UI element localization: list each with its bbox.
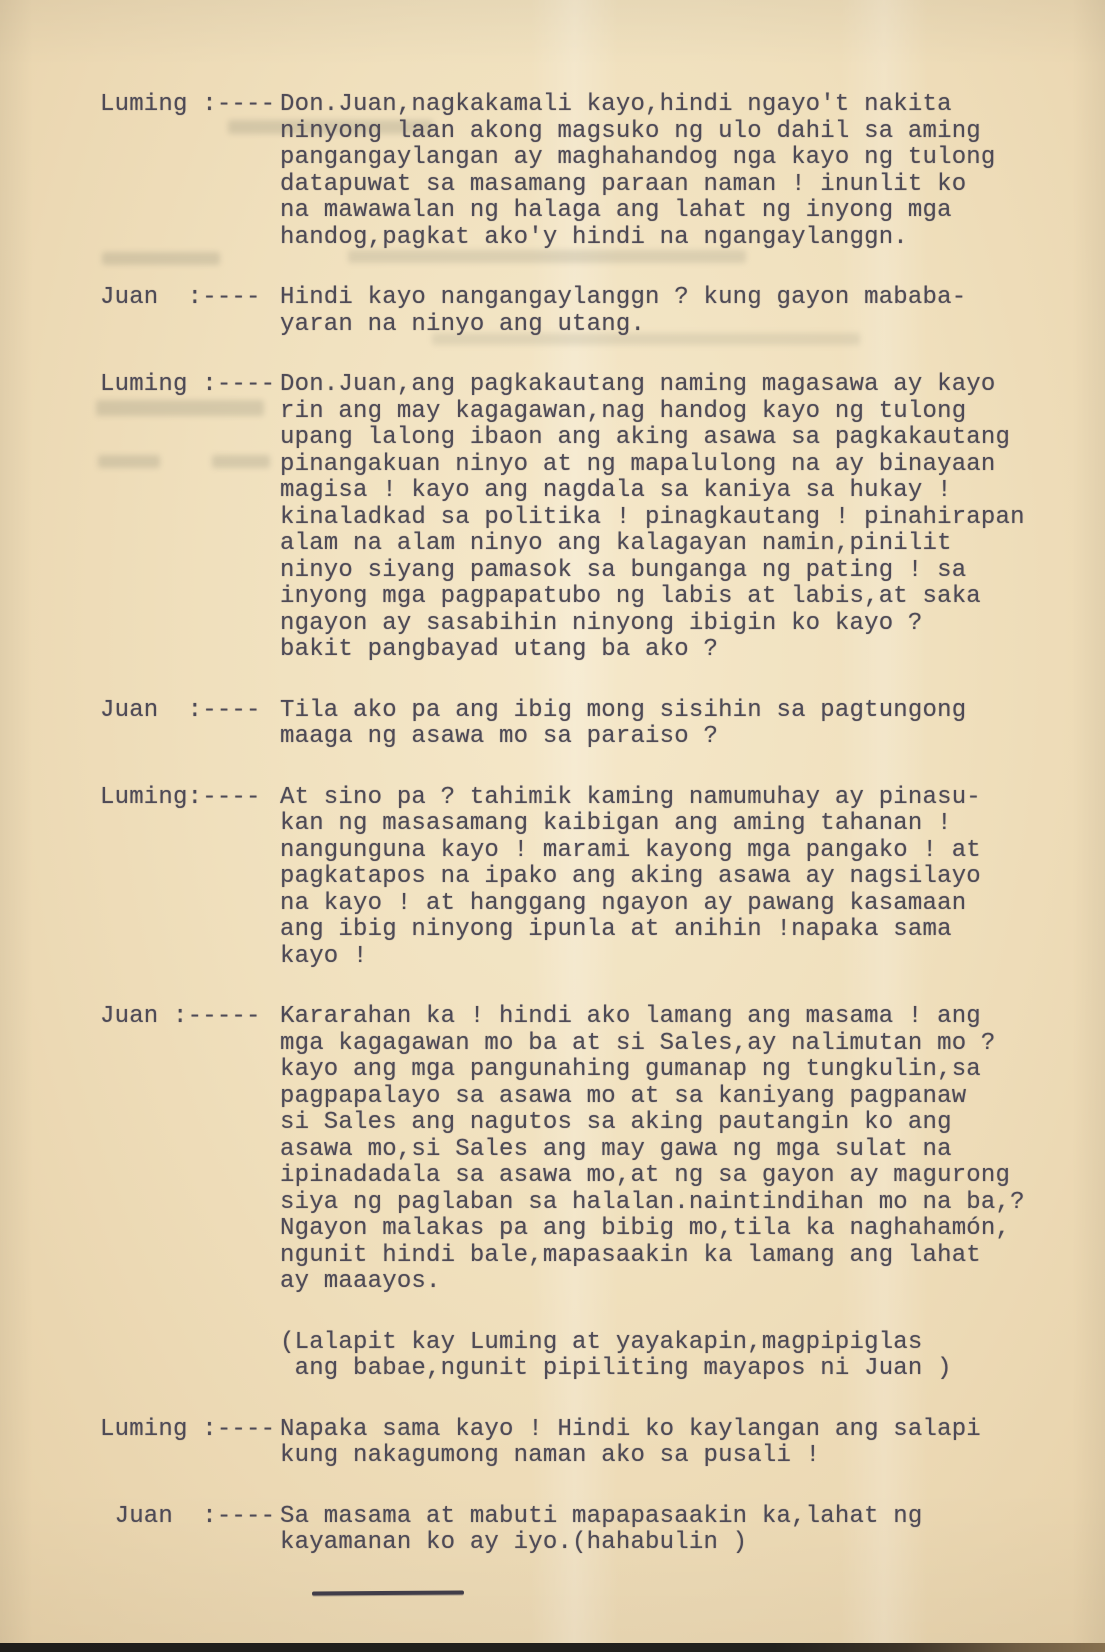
speaker-label: [100, 1330, 280, 1383]
scan-edge: [0, 1643, 1105, 1652]
dialogue-text: (Lalapit kay Luming at yayakapin,magpipi…: [280, 1330, 1009, 1383]
speaker-label: Juan :----: [100, 698, 280, 751]
script-page: Luming :---- Don.Juan,nagkakamali kayo,h…: [0, 0, 1105, 1652]
speaker-label: Luming:----: [100, 785, 280, 971]
dialogue-text: Kararahan ka ! hindi ako lamang ang masa…: [280, 1004, 1025, 1296]
dialogue-block: (Lalapit kay Luming at yayakapin,magpipi…: [100, 1330, 1009, 1383]
speaker-label: Juan :-----: [100, 1004, 280, 1296]
dialogue-block: Juan :---- Hindi kayo nangangaylanggn ? …: [100, 285, 1009, 338]
dialogue-text: At sino pa ? tahimik kaming namumuhay ay…: [280, 785, 1009, 971]
dialogue-column: Luming :---- Don.Juan,nagkakamali kayo,h…: [0, 0, 1105, 1595]
dialogue-block: Luming:---- At sino pa ? tahimik kaming …: [100, 785, 1009, 971]
dialogue-block: Juan :---- Tila ako pa ang ibig mong sis…: [100, 698, 1009, 751]
speaker-label: Juan :----: [100, 285, 280, 338]
dialogue-text: Napaka sama kayo ! Hindi ko kaylangan an…: [280, 1417, 1009, 1470]
speaker-label: Juan :----: [100, 1504, 280, 1557]
dialogue-text: Don.Juan,nagkakamali kayo,hindi ngayo't …: [280, 92, 1009, 251]
dialogue-block: Juan :---- Sa masama at mabuti mapapasaa…: [100, 1504, 1009, 1557]
typed-rule: [312, 1590, 464, 1595]
dialogue-block: Luming :---- Napaka sama kayo ! Hindi ko…: [100, 1417, 1009, 1470]
dialogue-block: Juan :----- Kararahan ka ! hindi ako lam…: [100, 1004, 1009, 1296]
dialogue-block: Luming :---- Don.Juan,nagkakamali kayo,h…: [100, 92, 1009, 251]
dialogue-text: Hindi kayo nangangaylanggn ? kung gayon …: [280, 285, 1009, 338]
dialogue-block: Luming :---- Don.Juan,ang pagkakautang n…: [100, 372, 1009, 664]
speaker-label: Luming :----: [100, 1417, 280, 1470]
speaker-label: Luming :----: [100, 92, 280, 251]
dialogue-text: Sa masama at mabuti mapapasaakin ka,laha…: [280, 1504, 1009, 1557]
dialogue-text: Don.Juan,ang pagkakautang naming magasaw…: [280, 372, 1025, 664]
speaker-label: Luming :----: [100, 372, 280, 664]
dialogue-text: Tila ako pa ang ibig mong sisihin sa pag…: [280, 698, 1009, 751]
